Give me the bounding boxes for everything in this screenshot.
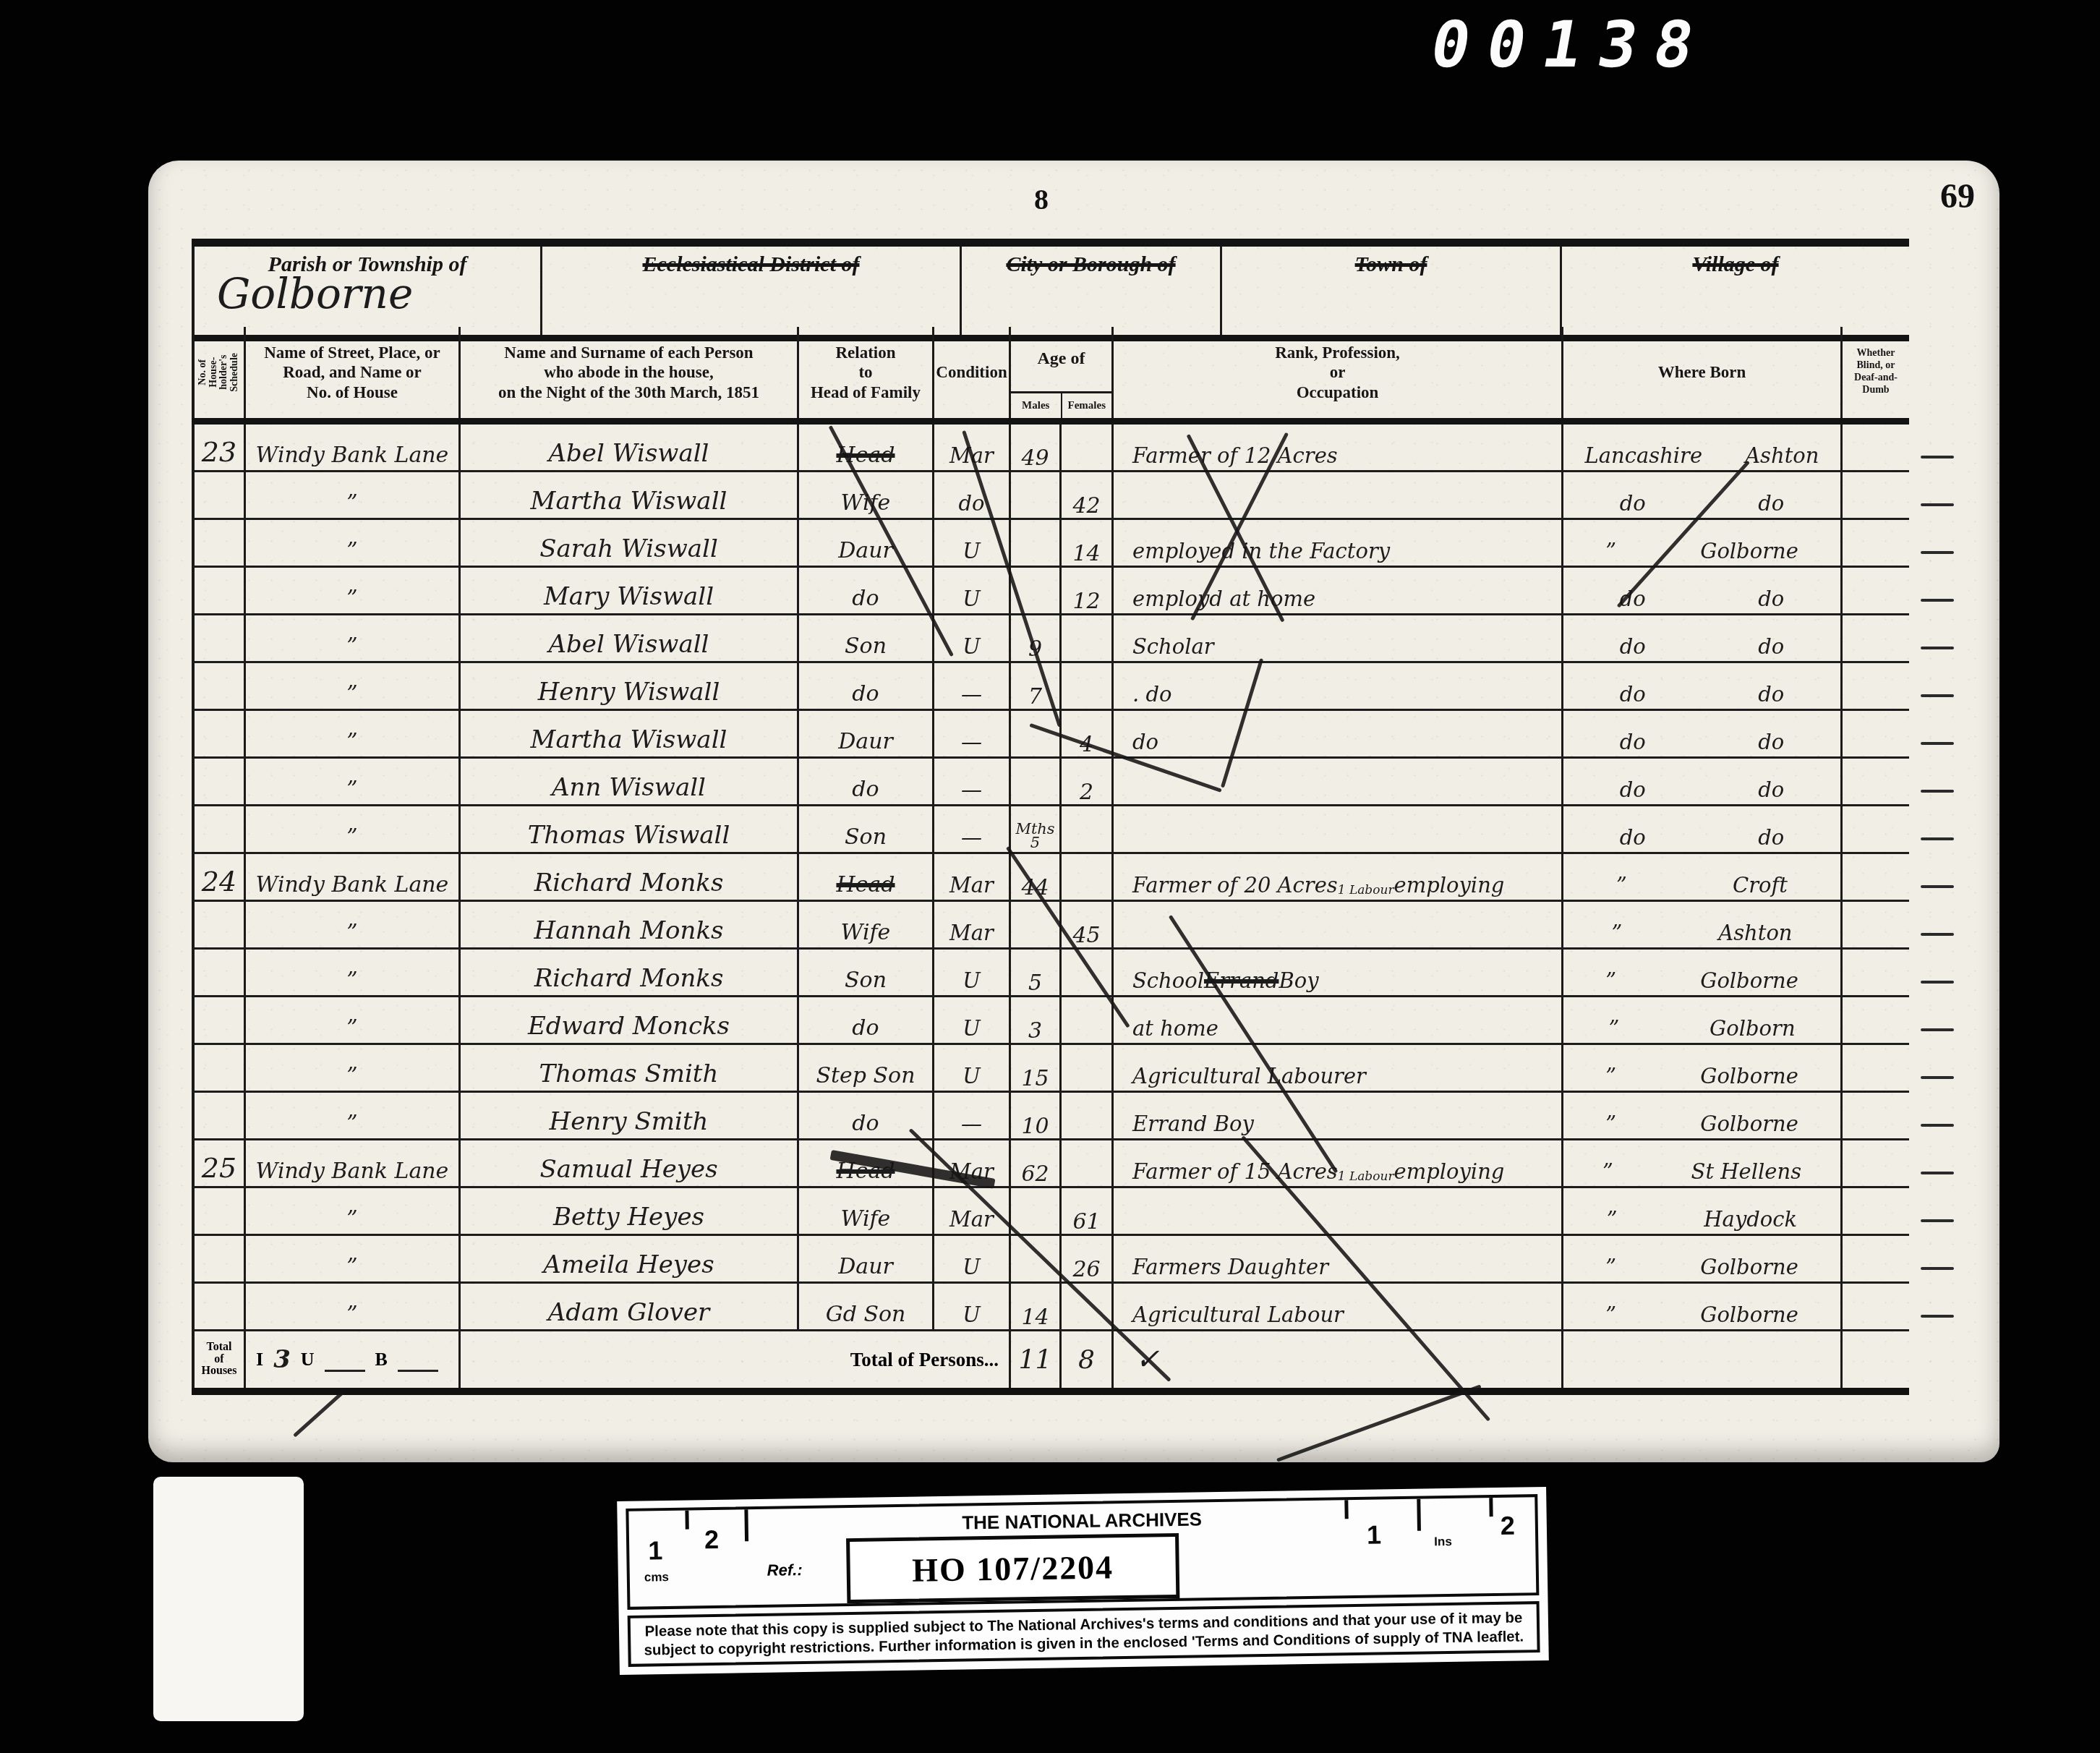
street-name: ” [246,759,461,804]
occupation-text: Boy [1279,968,1318,993]
born-right: do [1758,634,1784,659]
age-males: 5 [1011,950,1062,995]
relation-to-head: Daur [799,1236,934,1281]
schedule-number [192,950,246,995]
born-left: ” [1607,1207,1618,1232]
condition-value: — [934,759,1011,804]
age-males [1011,520,1062,566]
street-name: ” [246,663,461,709]
age-males: 49 [1011,425,1062,470]
houses-inhabited-label: I [256,1349,263,1370]
person-name: Henry Wiswall [461,663,799,709]
blind-deaf-cell [1843,806,1909,852]
street-name: ” [246,711,461,756]
schedule-number [192,568,246,613]
blind-deaf-cell [1843,1140,1909,1186]
person-name: Sarah Wiswall [461,520,799,566]
occupation: Farmer of 20 Acres 1 Labouremploying [1114,854,1563,900]
relation-text: do [852,1111,879,1136]
age-females [1062,1284,1114,1329]
schedule-number [192,806,246,852]
header-city-borough: City or Borough of [962,247,1222,335]
relation-to-head: Wife [799,1188,934,1234]
blind-deaf-cell [1843,950,1909,995]
col-head-name: Name and Surname of each Person who abod… [461,327,799,418]
col-head-relation: Relation to Head of Family [799,327,934,418]
total-females: 8 [1062,1331,1114,1388]
occupation-text: Agricultural Labour [1132,1302,1344,1327]
person-name: Richard Monks [461,854,799,900]
col-head-blind: Whether Blind, or Deaf-and- Dumb [1843,327,1909,418]
col-head-street: Name of Street, Place, or Road, and Name… [246,327,461,418]
total-persons-label: Total of Persons... [461,1331,1011,1388]
table-row: 24Windy Bank LaneRichard MonksHeadMar44F… [192,854,1909,902]
schedule-number [192,759,246,804]
blind-deaf-cell [1843,1188,1909,1234]
houses-uninhabited-blank [325,1348,365,1372]
born-right: Haydock [1704,1207,1797,1232]
table-row: ”Richard MonksSonU5School Errand Boy”Gol… [192,950,1909,997]
relation-text: Step Son [816,1063,915,1088]
born-right: do [1758,587,1784,611]
relation-to-head: Daur [799,711,934,756]
occupation-text: School [1132,968,1204,993]
occupation: Errand Boy [1114,1093,1563,1138]
occupation-text: Farmers Daughter [1132,1255,1328,1279]
blind-deaf-cell [1843,1045,1909,1091]
occupation: Farmer of 15 Acres 1 Labouremploying [1114,1140,1563,1186]
age-females: 61 [1062,1188,1114,1234]
age-females: 2 [1062,759,1114,804]
schedule-number: 25 [192,1140,246,1186]
age-females: 42 [1062,472,1114,518]
person-name: Thomas Wiswall [461,806,799,852]
blind-deaf-cell [1843,472,1909,518]
age-males: 14 [1011,1284,1062,1329]
total-houses-label: Total of Houses [192,1331,246,1388]
born-left: ” [1611,921,1622,945]
header-ecclesiastical: Ecclesiastical District of [542,247,962,335]
street-name: ” [246,997,461,1043]
houses-building-blank [398,1348,438,1372]
houses-building-label: B [375,1349,388,1370]
relation-to-head: Head [799,425,934,470]
total-checkmark: ✓ [1114,1331,1563,1388]
age-males: 62 [1011,1140,1062,1186]
condition-value: Mar [934,1188,1011,1234]
schedule-number: 24 [192,854,246,900]
relation-text: Son [845,634,887,659]
person-name: Hannah Monks [461,902,799,947]
town-label: Town of [1355,252,1427,276]
age-males [1011,902,1062,947]
where-born: dodo [1563,568,1843,613]
born-left: do [1620,491,1646,516]
stamp-ref-box: HO 107/2204 [846,1533,1179,1603]
born-right: Golborn [1710,1016,1795,1041]
street-name: ” [246,806,461,852]
age-females [1062,950,1114,995]
born-right: Golborne [1700,1064,1798,1088]
table-row: ”Betty HeyesWifeMar61”Haydock [192,1188,1909,1236]
born-left: ” [1605,968,1616,993]
pen-stroke [1276,1384,1482,1462]
born-right: do [1758,682,1784,707]
where-born: dodo [1563,663,1843,709]
occupation: Farmer of 12 Acres [1114,425,1563,470]
born-left: Lancashire [1585,443,1703,468]
age-males: 3 [1011,997,1062,1043]
born-right: Croft [1733,873,1788,897]
born-left: ” [1605,1064,1616,1088]
blind-deaf-cell [1843,568,1909,613]
relation-to-head: Wife [799,902,934,947]
born-left: ” [1608,1016,1619,1041]
born-left: ” [1605,1302,1616,1327]
relation-to-head: Gd Son [799,1284,934,1329]
born-left: do [1620,634,1646,659]
relation-text: Wife [841,1206,891,1232]
person-name: Abel Wiswall [461,425,799,470]
age-females [1062,663,1114,709]
where-born: ”Golborne [1563,1093,1843,1138]
city-borough-label: City or Borough of [1006,252,1175,276]
blind-deaf-cell [1843,663,1909,709]
where-born: ”Golborne [1563,950,1843,995]
street-name: ” [246,1236,461,1281]
blind-deaf-cell [1843,425,1909,470]
person-name: Adam Glover [461,1284,799,1329]
street-name: ” [246,520,461,566]
occupation: employed in the Factory [1114,520,1563,566]
relation-to-head: Son [799,806,934,852]
table-row: ”Edward MoncksdoU3at home”Golborn [192,997,1909,1045]
person-name: Martha Wiswall [461,472,799,518]
relation-to-head: do [799,997,934,1043]
page-number: 69 [1940,176,1975,216]
age-males [1011,1236,1062,1281]
age-males [1011,472,1062,518]
born-right: Ashton [1718,921,1792,945]
age-males: 7 [1011,663,1062,709]
born-right: do [1758,730,1784,754]
place-header-row: Parish or Township of Ecclesiastical Dis… [192,239,1909,341]
born-left: do [1620,682,1646,707]
street-name: ” [246,950,461,995]
person-name: Martha Wiswall [461,711,799,756]
occupation: employd at home [1114,568,1563,613]
occupation: . do [1114,663,1563,709]
age-females: 14 [1062,520,1114,566]
street-name: ” [246,1093,461,1138]
schedule-number [192,472,246,518]
where-born: ”Haydock [1563,1188,1843,1234]
age-of-label: Age of [1011,327,1111,393]
person-name: Ameila Heyes [461,1236,799,1281]
occupation [1114,806,1563,852]
where-born: dodo [1563,711,1843,756]
totals-row: Total of Houses I 3 U B Total of Persons… [192,1331,1909,1395]
table-row: ”Ameila HeyesDaurU26Farmers Daughter”Gol… [192,1236,1909,1284]
person-name: Abel Wiswall [461,615,799,661]
born-left: ” [1616,873,1627,897]
stamp-ref-label: Ref.: [767,1561,803,1580]
parish-name-handwritten: Golborne [217,269,413,318]
occupation: do [1114,711,1563,756]
blind-deaf-cell [1843,1093,1909,1138]
born-left: do [1620,825,1646,850]
schedule-number [192,1045,246,1091]
born-right: Golborne [1700,1112,1798,1136]
age-males: 15 [1011,1045,1062,1091]
relation-text: Son [845,968,887,993]
table-row: ”Ann Wiswalldo—2dodo [192,759,1909,806]
born-right: St Hellens [1691,1159,1801,1184]
relation-text: Wife [841,920,891,945]
paper-fragment [153,1477,304,1721]
blind-deaf-cell [1843,711,1909,756]
born-right: do [1758,825,1784,850]
where-born: dodo [1563,806,1843,852]
relation-to-head: do [799,759,934,804]
occupation: Agricultural Labourer [1114,1045,1563,1091]
where-born: ”Golborn [1563,997,1843,1043]
table-row: ”Henry Smithdo—10Errand Boy”Golborne [192,1093,1909,1140]
person-name: Mary Wiswall [461,568,799,613]
houses-uninhabited-label: U [301,1349,315,1370]
village-label: Village of [1692,252,1778,276]
col-head-schedule: No. of House- holder's Schedule [192,327,246,418]
occupation-text: Farmer of 20 Acres [1132,873,1338,897]
street-name: ” [246,472,461,518]
occupation-note: 1 Labour [1338,1169,1394,1184]
occupation [1114,472,1563,518]
person-name: Thomas Smith [461,1045,799,1091]
born-left: ” [1602,1159,1613,1184]
street-name: ” [246,568,461,613]
relation-text: Daur [838,538,893,563]
stamp-ruler: 1 cms 2 1 Ins 2 THE NATIONAL ARCHIVES Re… [626,1494,1539,1610]
occupation-text: Scholar [1132,634,1214,659]
header-town: Town of [1222,247,1562,335]
occupation-text: Farmer of 15 Acres [1132,1159,1338,1184]
age-females [1062,806,1114,852]
blind-deaf-cell [1843,1236,1909,1281]
stamp-ref-value: HO 107/2204 [912,1548,1114,1589]
schedule-number [192,902,246,947]
age-females [1062,1045,1114,1091]
table-row: ”Adam GloverGd SonU14Agricultural Labour… [192,1284,1909,1331]
age-females: 26 [1062,1236,1114,1281]
condition-value: U [934,997,1011,1043]
street-name: ” [246,902,461,947]
age-females [1062,425,1114,470]
blind-deaf-cell [1843,854,1909,900]
condition-value: U [934,568,1011,613]
occupation: Agricultural Labour [1114,1284,1563,1329]
relation-to-head: Son [799,950,934,995]
column-header-row: No. of House- holder's Schedule Name of … [192,327,1909,425]
age-males: 10 [1011,1093,1062,1138]
table-row: ”Martha WiswallDaur—4dododo [192,711,1909,759]
census-sheet: 8 69 Parish or Township of Ecclesiastica… [148,161,1999,1462]
col-head-condition: Condition [934,327,1011,418]
age-males [1011,759,1062,804]
condition-value: do [934,472,1011,518]
person-name: Ann Wiswall [461,759,799,804]
where-born: LancashireAshton [1563,425,1843,470]
condition-value: — [934,711,1011,756]
born-right: Ashton [1745,443,1819,468]
national-archives-stamp: 1 cms 2 1 Ins 2 THE NATIONAL ARCHIVES Re… [617,1487,1549,1675]
age-females: 12 [1062,568,1114,613]
schedule-number [192,520,246,566]
stamp-copyright-notice: Please note that this copy is supplied s… [628,1601,1540,1667]
ruler-unit-cms: cms [644,1570,669,1585]
age-males [1011,1188,1062,1234]
pen-stroke [293,1391,343,1438]
table-row: ”Martha WiswallWifedo42dodo [192,472,1909,520]
where-born: ”Croft [1563,854,1843,900]
person-name: Edward Moncks [461,997,799,1043]
schedule-number [192,663,246,709]
relation-text: do [852,1015,879,1041]
table-row: ”Sarah WiswallDaurU14employed in the Fac… [192,520,1909,568]
age-females [1062,615,1114,661]
occupation-text: Farmer of 12 Acres [1132,443,1338,468]
occupation: Farmers Daughter [1114,1236,1563,1281]
males-label: Males [1011,393,1062,418]
born-right: Golborne [1700,1302,1798,1327]
condition-value: U [934,1236,1011,1281]
schedule-number [192,997,246,1043]
blind-deaf-cell [1843,1284,1909,1329]
condition-value: Mar [934,902,1011,947]
age-females [1062,1093,1114,1138]
born-left: do [1620,730,1646,754]
person-name: Henry Smith [461,1093,799,1138]
condition-value: U [934,1284,1011,1329]
females-label: Females [1062,393,1112,418]
houses-inhabited-value: 3 [273,1345,291,1374]
condition-value: — [934,1093,1011,1138]
age-males: Mths 5 [1011,806,1062,852]
schedule-number: 23 [192,425,246,470]
condition-value: U [934,1045,1011,1091]
total-houses-values: I 3 U B [246,1331,461,1388]
col-head-age: Age of Males Females [1011,327,1114,418]
born-right: Golborne [1700,968,1798,993]
street-name: ” [246,1284,461,1329]
relation-text: Head [836,872,895,897]
occupation [1114,1188,1563,1234]
relation-text: Daur [838,729,893,754]
occupation-text: Errand Boy [1132,1112,1254,1136]
relation-to-head: do [799,568,934,613]
street-name: Windy Bank Lane [246,425,461,470]
occupation-text: employd at home [1132,587,1315,611]
table-row: 23Windy Bank LaneAbel WiswallHeadMar49Fa… [192,425,1909,472]
occupation-note: 1 Labour [1338,883,1394,897]
relation-text: Gd Son [826,1302,906,1327]
ruler-unit-ins: Ins [1434,1535,1452,1549]
relation-text: Daur [838,1254,893,1279]
street-name: Windy Bank Lane [246,1140,461,1186]
total-blind-blank [1843,1331,1909,1388]
blind-deaf-cell [1843,997,1909,1043]
born-right: Golborne [1700,539,1798,563]
table-row: ”Thomas WiswallSon—Mths 5dodo [192,806,1909,854]
condition-value: U [934,615,1011,661]
table-row: ”Mary WiswalldoU12employd at homedodo [192,568,1909,615]
condition-value: Mar [934,854,1011,900]
col-head-born: Where Born [1563,327,1843,418]
where-born: ”Golborne [1563,1284,1843,1329]
blind-deaf-cell [1843,520,1909,566]
born-left: ” [1605,1112,1616,1136]
occupation: Scholar [1114,615,1563,661]
where-born: ”Golborne [1563,1236,1843,1281]
street-name: Windy Bank Lane [246,854,461,900]
relation-to-head: Daur [799,520,934,566]
occupation-text: Agricultural Labourer [1132,1064,1366,1088]
blind-deaf-cell [1843,615,1909,661]
relation-text: Son [845,824,887,850]
microfilm-counter: 00138 [1425,7,1717,82]
person-name: Betty Heyes [461,1188,799,1234]
born-left: ” [1605,1255,1616,1279]
age-females [1062,1140,1114,1186]
header-village: Village of [1562,247,1909,335]
relation-text: do [852,586,879,611]
where-born: ”Ashton [1563,902,1843,947]
census-table-body: 23Windy Bank LaneAbel WiswallHeadMar49Fa… [192,425,1909,1331]
relation-text: do [852,681,879,707]
condition-value: — [934,806,1011,852]
ruler-number-cm1: 1 [648,1535,663,1566]
schedule-number [192,1093,246,1138]
where-born: dodo [1563,615,1843,661]
blind-deaf-cell [1843,902,1909,947]
relation-to-head: do [799,663,934,709]
born-right: do [1758,491,1784,516]
where-born: ”St Hellens [1563,1140,1843,1186]
schedule-number [192,711,246,756]
occupation-text: do [1132,730,1158,754]
person-name: Samual Heyes [461,1140,799,1186]
occupation: School Errand Boy [1114,950,1563,995]
occupation [1114,902,1563,947]
where-born: dodo [1563,759,1843,804]
street-name: ” [246,615,461,661]
occupation [1114,759,1563,804]
schedule-number [192,1284,246,1329]
age-females [1062,854,1114,900]
born-right: do [1758,777,1784,802]
relation-to-head: Step Son [799,1045,934,1091]
schedule-number [192,1188,246,1234]
total-born-blank [1563,1331,1843,1388]
scanned-census-page: 00138 8 69 Parish or Township of Ecclesi… [0,0,2100,1753]
schedule-number [192,615,246,661]
col-head-occupation: Rank, Profession, or Occupation [1114,327,1563,418]
condition-value: U [934,950,1011,995]
total-males: 11 [1011,1331,1062,1388]
relation-text: do [852,777,879,802]
blind-deaf-cell [1843,759,1909,804]
occupation-text: employing [1394,1159,1505,1184]
where-born: ”Golborne [1563,520,1843,566]
